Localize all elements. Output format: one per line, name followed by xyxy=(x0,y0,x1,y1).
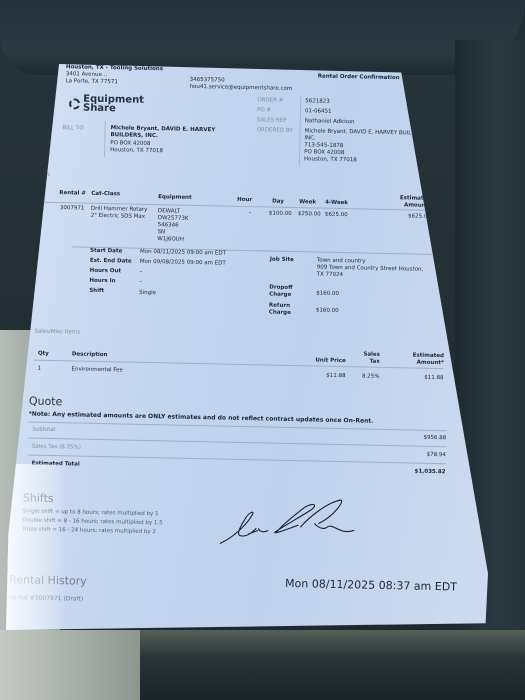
rental-week-rate: $250.00 xyxy=(298,211,321,218)
rental-reference: Rental #3007971 (Draft) xyxy=(9,594,84,604)
branch-address-line2: La Porte, TX 77571 xyxy=(66,78,118,86)
col-day: Day xyxy=(272,199,284,206)
gear-logo-icon xyxy=(69,98,80,109)
estimated-total-value: $1,035.82 xyxy=(377,468,445,476)
sales-col-description: Description xyxy=(72,351,108,359)
hours-out-value: – xyxy=(140,269,143,276)
col-hour: Hour xyxy=(237,197,252,204)
subtotal-label: Subtotal xyxy=(32,427,55,434)
sales-col-unit-price: Unit Price xyxy=(296,357,346,365)
return-charge-value: $160.00 xyxy=(316,307,339,314)
shifts-title: Shifts xyxy=(23,491,54,505)
col-cat-class: Cat-Class xyxy=(91,191,120,199)
rental-number: 3007971 xyxy=(60,205,85,213)
sunlit-seat-cushion xyxy=(0,630,140,700)
sales-rep-value: Nathaniel Adkison xyxy=(305,118,355,126)
po-number-label: PO # xyxy=(257,107,271,114)
col-4-week: 4-Week xyxy=(325,200,348,207)
hours-in-value: – xyxy=(139,279,142,286)
col-week: Week xyxy=(299,199,316,206)
shift-label: Shift xyxy=(89,288,104,295)
ordered-by-value: Michele Bryant, DAVID E. HARVEY BUILDERS… xyxy=(304,128,428,166)
rental-day-rate: $100.00 xyxy=(269,210,292,217)
rental-qty: 1 xyxy=(31,205,35,212)
sales-misc-section-label: Sales/Misc Items xyxy=(34,329,80,337)
bill-to-name-line2: BUILDERS, INC. xyxy=(110,132,158,140)
shifts-rules: Single shift = up to 8 hours; rates mult… xyxy=(22,508,163,536)
equipmentshare-logo: Equipment Share xyxy=(69,94,144,114)
rental-order-document: Houston, TX - Tooling Solutions 3401 Ave… xyxy=(6,64,488,630)
sales-col-tax: Sales Tax xyxy=(350,351,380,366)
rental-equipment: DEWALT DW25773K 546346 SN W1J6OUH xyxy=(157,208,189,244)
bill-to-label: BILL TO xyxy=(63,125,84,132)
col-estimated-amount: Estimated Amount* xyxy=(373,195,431,210)
order-number-value: 5621823 xyxy=(305,98,330,106)
start-date-label: Start Date xyxy=(90,248,122,256)
branch-email: hou41.service@equipmentshare.com xyxy=(189,84,292,93)
end-date-value: Mon 09/08/2025 09:00 am EDT xyxy=(140,259,226,268)
rental-4-week-rate: $625.00 xyxy=(325,212,348,219)
sales-unit-price: $11.88 xyxy=(295,372,345,380)
quote-rule xyxy=(28,422,446,432)
dropoff-charge-value: $160.00 xyxy=(316,291,339,298)
sales-col-qty: Qty xyxy=(38,351,49,358)
sales-tax-rate: 8.25% xyxy=(349,373,379,381)
rental-history-title: Rental History xyxy=(9,573,87,588)
car-seat-cushion xyxy=(140,630,525,700)
hours-in-label: Hours In xyxy=(89,278,115,286)
sales-description: Environmental Fee xyxy=(71,366,123,374)
estimated-total-label: Estimated Total xyxy=(32,461,80,469)
order-number-label: ORDER # xyxy=(257,97,283,105)
col-qty: Qty xyxy=(29,189,40,196)
hours-out-label: Hours Out xyxy=(90,268,122,276)
divider xyxy=(104,121,106,157)
sales-col-estimated-amount: Estimated Amount* xyxy=(386,352,444,367)
rental-cat-class: Drill Hammer Rotary 2" Electric SDS Max xyxy=(91,206,148,221)
details-rule xyxy=(72,246,434,255)
return-charge-label: Return Charge xyxy=(269,303,291,317)
ordered-by-label: ORDERED BY xyxy=(257,127,293,135)
printed-timestamp: Mon 08/11/2025 08:37 am EDT xyxy=(285,577,457,594)
customer-signature xyxy=(218,492,369,551)
job-site-label: Job Site xyxy=(270,257,294,264)
document-title: Rental Order Confirmation xyxy=(318,73,400,82)
shift-value: Single xyxy=(139,290,156,297)
sales-tax-value: $78.94 xyxy=(378,451,446,459)
quote-title: Quote xyxy=(29,395,63,409)
divider xyxy=(299,95,301,165)
sales-tax-label: Sales Tax (8.25%) xyxy=(32,444,81,452)
sales-estimated-amount: $11.88 xyxy=(385,374,443,382)
bill-to-address-line2: Houston, TX 77018 xyxy=(110,147,163,155)
job-site-value: Town and country 909 Town and Country St… xyxy=(317,258,424,281)
dropoff-charge-label: Dropoff Charge xyxy=(269,285,293,299)
rental-estimated-amount: $625.00 xyxy=(373,213,431,221)
sales-qty: 1 xyxy=(37,366,41,373)
subtotal-value: $956.88 xyxy=(378,434,446,442)
po-number-value: 01-06451 xyxy=(305,108,332,116)
start-date-value: Mon 08/11/2025 09:00 am EDT xyxy=(140,249,226,258)
rentals-section-label: Rentals xyxy=(30,171,51,178)
sales-rep-label: SALES REP xyxy=(257,117,287,125)
col-equipment: Equipment xyxy=(158,194,192,202)
col-rental-number: Rental # xyxy=(59,190,86,198)
car-seat-back xyxy=(0,0,525,75)
end-date-label: Est. End Date xyxy=(90,258,132,266)
rental-hour-rate: – xyxy=(249,210,252,217)
